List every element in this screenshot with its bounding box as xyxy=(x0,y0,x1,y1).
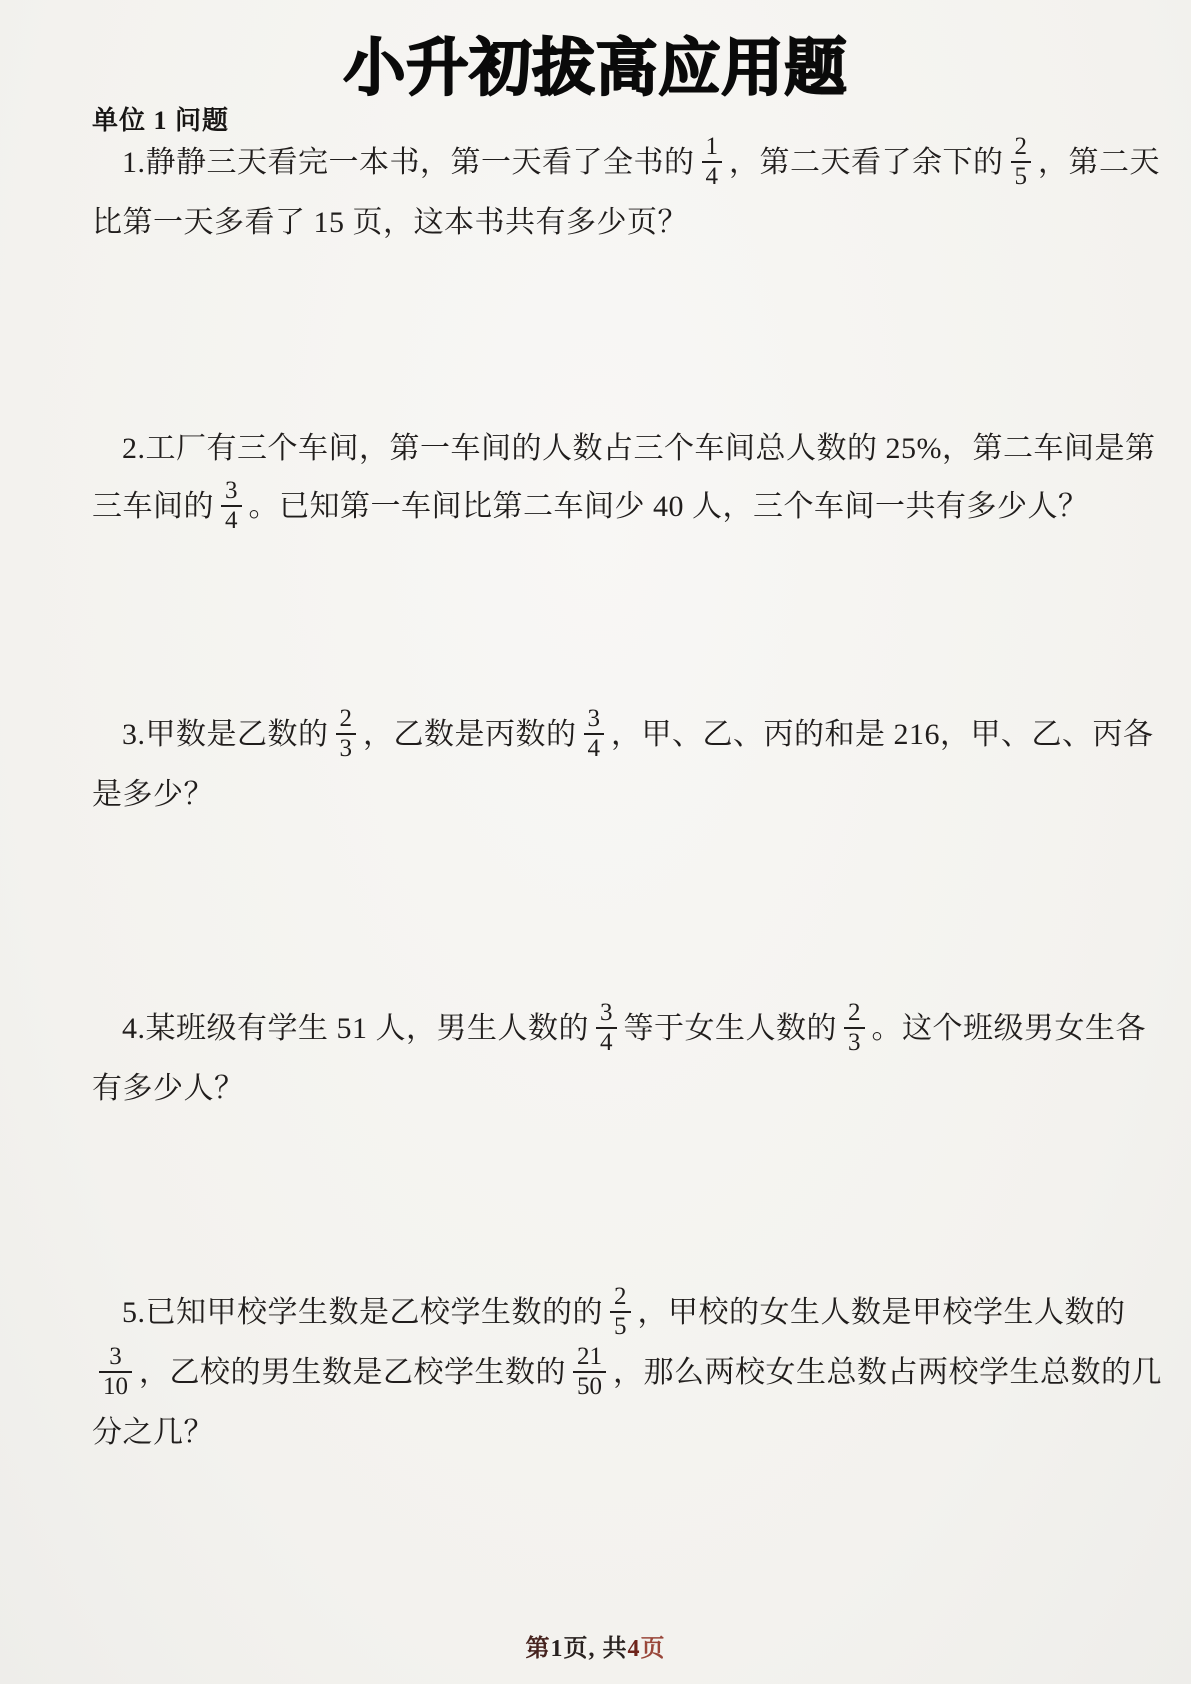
fraction-3-over-10: 310 xyxy=(99,1343,132,1401)
problem-4-line-2: 有多少人？ xyxy=(92,1060,1131,1118)
fraction-numerator: 3 xyxy=(584,705,605,733)
problem-text: 三车间的 xyxy=(92,490,214,523)
fraction-2-over-5: 25 xyxy=(1011,133,1032,191)
problem-text: 是多少？ xyxy=(92,778,214,811)
problem-text: 。这个班级男女生各 xyxy=(872,1012,1147,1045)
fraction-numerator: 3 xyxy=(596,999,617,1027)
fraction-denominator: 5 xyxy=(610,1311,631,1341)
problem-text: 等于女生人数的 xyxy=(624,1012,838,1045)
problem-5-line-2: 310，乙校的男生数是乙校学生数的2150，那么两校女生总数占两校学生总数的几 xyxy=(92,1344,1131,1404)
problem-text: ，甲校的女生人数是甲校学生人数的 xyxy=(638,1296,1126,1329)
worksheet-page: 小升初拔高应用题 单位 1 问题 1.静静三天看完一本书，第一天看了全书的14，… xyxy=(0,0,1191,1684)
footer-text: 第 xyxy=(526,1636,551,1662)
problem-text: 分之几？ xyxy=(92,1416,214,1449)
problem-text: ，乙校的男生数是乙校学生数的 xyxy=(139,1356,566,1389)
fraction-numerator: 2 xyxy=(1011,133,1032,161)
problem-text: 1.静静三天看完一本书，第一天看了全书的 xyxy=(122,146,695,179)
problem-text: 有多少人？ xyxy=(92,1072,245,1105)
fraction-denominator: 4 xyxy=(221,505,242,535)
problem-5-line-3: 分之几？ xyxy=(92,1404,1131,1462)
problem-5-line-1: 5.已知甲校学生数是乙校学生数的的25，甲校的女生人数是甲校学生人数的 xyxy=(92,1284,1131,1344)
fraction-3-over-4: 34 xyxy=(584,705,605,763)
fraction-numerator: 2 xyxy=(844,999,865,1027)
footer-text: 1页, 共 xyxy=(551,1636,628,1662)
footer-text: 页 xyxy=(641,1636,666,1662)
fraction-denominator: 3 xyxy=(336,733,357,763)
problem-1-line-1: 1.静静三天看完一本书，第一天看了全书的14，第二天看了余下的25，第二天 xyxy=(92,134,1131,194)
problem-1: 1.静静三天看完一本书，第一天看了全书的14，第二天看了余下的25，第二天比第一… xyxy=(92,134,1131,252)
fraction-numerator: 2 xyxy=(336,705,357,733)
fraction-2-over-3: 23 xyxy=(336,705,357,763)
problems-container: 1.静静三天看完一本书，第一天看了全书的14，第二天看了余下的25，第二天比第一… xyxy=(0,0,1191,1684)
problem-text: ，甲、乙、丙的和是 216，甲、乙、丙各 xyxy=(611,718,1154,751)
fraction-2-over-5: 25 xyxy=(610,1283,631,1341)
fraction-numerator: 3 xyxy=(99,1343,132,1371)
problem-text: ，第二天看了余下的 xyxy=(729,146,1004,179)
problem-text: 。已知第一车间比第二车间少 40 人，三个车间一共有多少人？ xyxy=(249,490,1089,523)
problem-5: 5.已知甲校学生数是乙校学生数的的25，甲校的女生人数是甲校学生人数的310，乙… xyxy=(92,1284,1131,1462)
problem-2-line-2: 三车间的34。已知第一车间比第二车间少 40 人，三个车间一共有多少人？ xyxy=(92,478,1131,538)
fraction-denominator: 4 xyxy=(702,161,723,191)
problem-2: 2.工厂有三个车间，第一车间的人数占三个车间总人数的 25%，第二车间是第三车间… xyxy=(92,420,1131,538)
problem-text: 比第一天多看了 15 页，这本书共有多少页？ xyxy=(92,206,688,239)
problem-text: 4.某班级有学生 51 人，男生人数的 xyxy=(122,1012,589,1045)
fraction-numerator: 3 xyxy=(221,477,242,505)
problem-1-line-2: 比第一天多看了 15 页，这本书共有多少页？ xyxy=(92,194,1131,252)
problem-text: ，乙数是丙数的 xyxy=(363,718,577,751)
fraction-denominator: 3 xyxy=(844,1027,865,1057)
problem-3-line-2: 是多少？ xyxy=(92,766,1131,824)
fraction-denominator: 10 xyxy=(99,1371,132,1401)
fraction-denominator: 4 xyxy=(584,733,605,763)
fraction-3-over-4: 34 xyxy=(596,999,617,1057)
problem-text: 5.已知甲校学生数是乙校学生数的的 xyxy=(122,1296,603,1329)
fraction-numerator: 21 xyxy=(573,1343,606,1371)
fraction-1-over-4: 14 xyxy=(702,133,723,191)
problem-text: ，那么两校女生总数占两校学生总数的几 xyxy=(613,1356,1162,1389)
footer-text: 4 xyxy=(628,1636,641,1662)
problem-3-line-1: 3.甲数是乙数的23，乙数是丙数的34，甲、乙、丙的和是 216，甲、乙、丙各 xyxy=(92,706,1131,766)
problem-4-line-1: 4.某班级有学生 51 人，男生人数的34等于女生人数的23。这个班级男女生各 xyxy=(92,1000,1131,1060)
fraction-21-over-50: 2150 xyxy=(573,1343,606,1401)
fraction-denominator: 5 xyxy=(1011,161,1032,191)
fraction-3-over-4: 34 xyxy=(221,477,242,535)
fraction-2-over-3: 23 xyxy=(844,999,865,1057)
problem-text: 2.工厂有三个车间，第一车间的人数占三个车间总人数的 25%，第二车间是第 xyxy=(122,432,1156,465)
fraction-denominator: 50 xyxy=(573,1371,606,1401)
page-footer: 第1页, 共4页 xyxy=(0,1628,1191,1663)
problem-4: 4.某班级有学生 51 人，男生人数的34等于女生人数的23。这个班级男女生各有… xyxy=(92,1000,1131,1118)
problem-text: ，第二天 xyxy=(1038,146,1160,179)
problem-text: 3.甲数是乙数的 xyxy=(122,718,329,751)
fraction-denominator: 4 xyxy=(596,1027,617,1057)
problem-3: 3.甲数是乙数的23，乙数是丙数的34，甲、乙、丙的和是 216，甲、乙、丙各是… xyxy=(92,706,1131,824)
fraction-numerator: 2 xyxy=(610,1283,631,1311)
fraction-numerator: 1 xyxy=(702,133,723,161)
problem-2-line-1: 2.工厂有三个车间，第一车间的人数占三个车间总人数的 25%，第二车间是第 xyxy=(92,420,1131,478)
